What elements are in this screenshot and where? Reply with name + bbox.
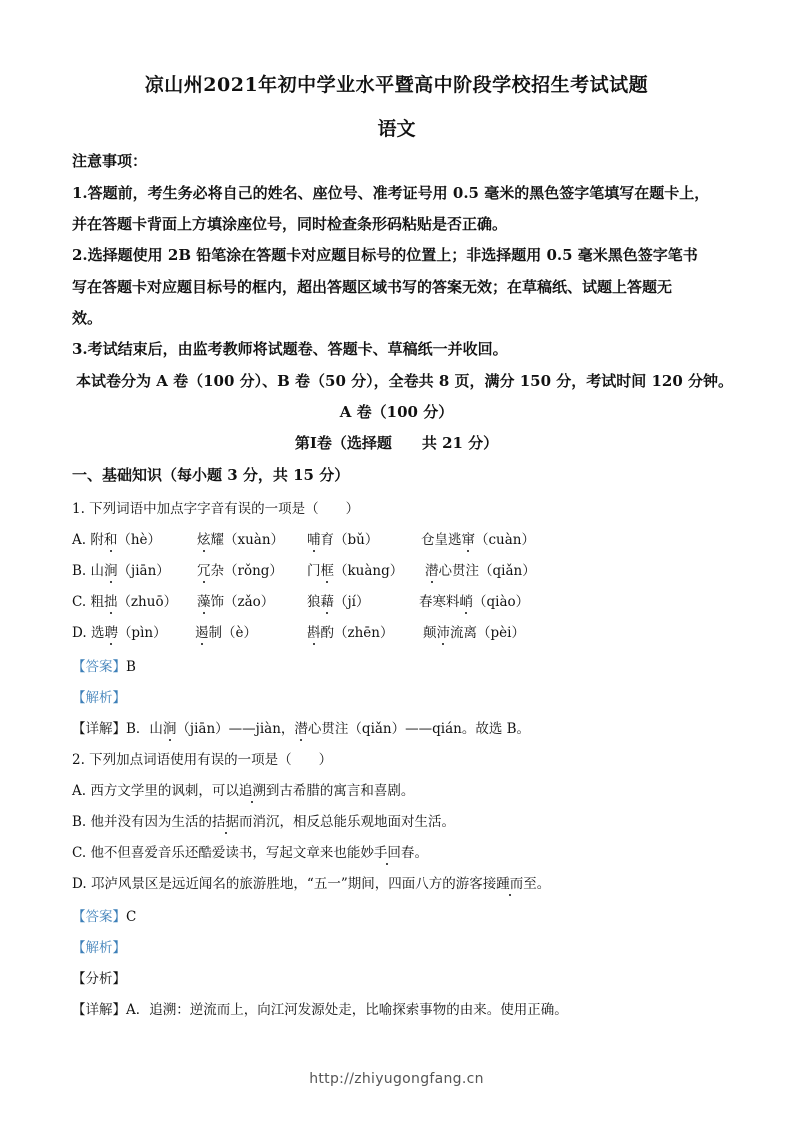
q1-a-item-4: 仓皇逃窜（cuàn） — [421, 528, 535, 548]
notice-line-3: 2.选择题使用 2B 铅笔涂在答题卡对应题目标号的位置上；非选择题用 0.5 毫… — [72, 244, 698, 265]
q1-stem: 1. 下列词语中加点字字音有误的一项是（ ） — [72, 497, 359, 517]
q1-a-item-3: 哺育（bǔ） — [307, 528, 378, 548]
q2-option-d: D. 邛泸风景区是远近闻名的旅游胜地，“五一”期间，四面八方的游客接踵而至。 — [72, 872, 550, 892]
paper-a-heading: A 卷（100 分） — [0, 401, 793, 422]
q1-option-c: C. 粗拙（zhuō） — [72, 590, 177, 610]
q1-c-item-2: 藻饰（zǎo） — [197, 590, 274, 610]
notice-heading: 注意事项： — [72, 150, 147, 171]
notice-line-5: 效。 — [72, 307, 102, 328]
q2-detail: 【详解】A．追溯：逆流而上，向江河发源处走，比喻探索事物的由来。使用正确。 — [72, 998, 568, 1018]
q1-b-item-3: 门框（kuàng） — [307, 559, 403, 579]
notice-line-2: 并在答题卡背面上方填涂座位号，同时检查条形码粘贴是否正确。 — [72, 213, 507, 234]
notice-line-4: 写在答题卡对应题目标号的框内，超出答题区域书写的答案无效；在草稿纸、试题上答题无 — [72, 276, 672, 297]
q2-option-b: B. 他并没有因为生活的拮据而消沉，相反总能乐观地面对生活。 — [72, 810, 455, 830]
q1-b-item-4: 潜心贯注（qiǎn） — [425, 559, 536, 579]
notice-line-1: 1.答题前，考生务必将自己的姓名、座位号、准考证号用 0.5 毫米的黑色签字笔填… — [72, 182, 709, 203]
answer-label: 【答案】 — [72, 659, 126, 675]
section-basic-heading: 一、基础知识（每小题 3 分，共 15 分） — [72, 464, 349, 485]
notice-summary: 本试卷分为 A 卷（100 分）、B 卷（50 分），全卷共 8 页，满分 15… — [76, 370, 733, 391]
q1-a-item-2: 炫耀（xuàn） — [197, 528, 284, 548]
subject-title: 语文 — [0, 114, 793, 141]
q2-fenxi-label: 【分析】 — [72, 967, 126, 987]
q1-option-a: A. 附和（hè） — [72, 528, 161, 548]
document-title: 凉山州2021年初中学业水平暨高中阶段学校招生考试试题 — [0, 70, 793, 97]
q1-d-item-2: 遏制（è） — [195, 621, 257, 641]
part-one-heading: 第Ⅰ卷（选择题 共 21 分） — [0, 432, 793, 453]
q1-b-item-2: 冗杂（rǒng） — [197, 559, 283, 579]
q2-option-a: A. 西方文学里的讽刺，可以追溯到古希腊的寓言和喜剧。 — [72, 779, 414, 799]
exam-page: 凉山州2021年初中学业水平暨高中阶段学校招生考试试题 语文 注意事项： 1.答… — [0, 0, 793, 1122]
q2-stem: 2. 下列加点词语使用有误的一项是（ ） — [72, 748, 332, 768]
answer-value: C — [126, 909, 136, 925]
detail-label: 【详解】 — [72, 721, 126, 737]
q1-detail: 【详解】B．山涧（jiān）——jiàn，潜心贯注（qiǎn）——qián。故选… — [72, 717, 530, 737]
q1-answer: 【答案】B — [72, 655, 136, 675]
q1-c-item-4: 春寒料峭（qiào） — [419, 590, 529, 610]
notice-line-6: 3.考试结束后，由监考教师将试题卷、答题卡、草稿纸一并收回。 — [72, 338, 508, 359]
q1-d-item-3: 斟酌（zhēn） — [307, 621, 394, 641]
detail-label: 【详解】 — [72, 1002, 126, 1018]
answer-value: B — [126, 659, 136, 675]
q2-analysis-label: 【解析】 — [72, 936, 126, 956]
footer-url: http://zhiyugongfang.cn — [0, 1071, 793, 1087]
q1-analysis-label: 【解析】 — [72, 686, 126, 706]
q2-option-c: C. 他不但喜爱音乐还酷爱读书，写起文章来也能妙手回春。 — [72, 841, 428, 861]
q1-option-b: B. 山涧（jiān） — [72, 559, 170, 579]
q1-c-item-3: 狼藉（jí） — [307, 590, 370, 610]
q2-answer: 【答案】C — [72, 905, 136, 925]
q1-option-d: D. 选聘（pìn） — [72, 621, 167, 641]
q1-d-item-4: 颠沛流离（pèi） — [423, 621, 525, 641]
answer-label: 【答案】 — [72, 909, 126, 925]
